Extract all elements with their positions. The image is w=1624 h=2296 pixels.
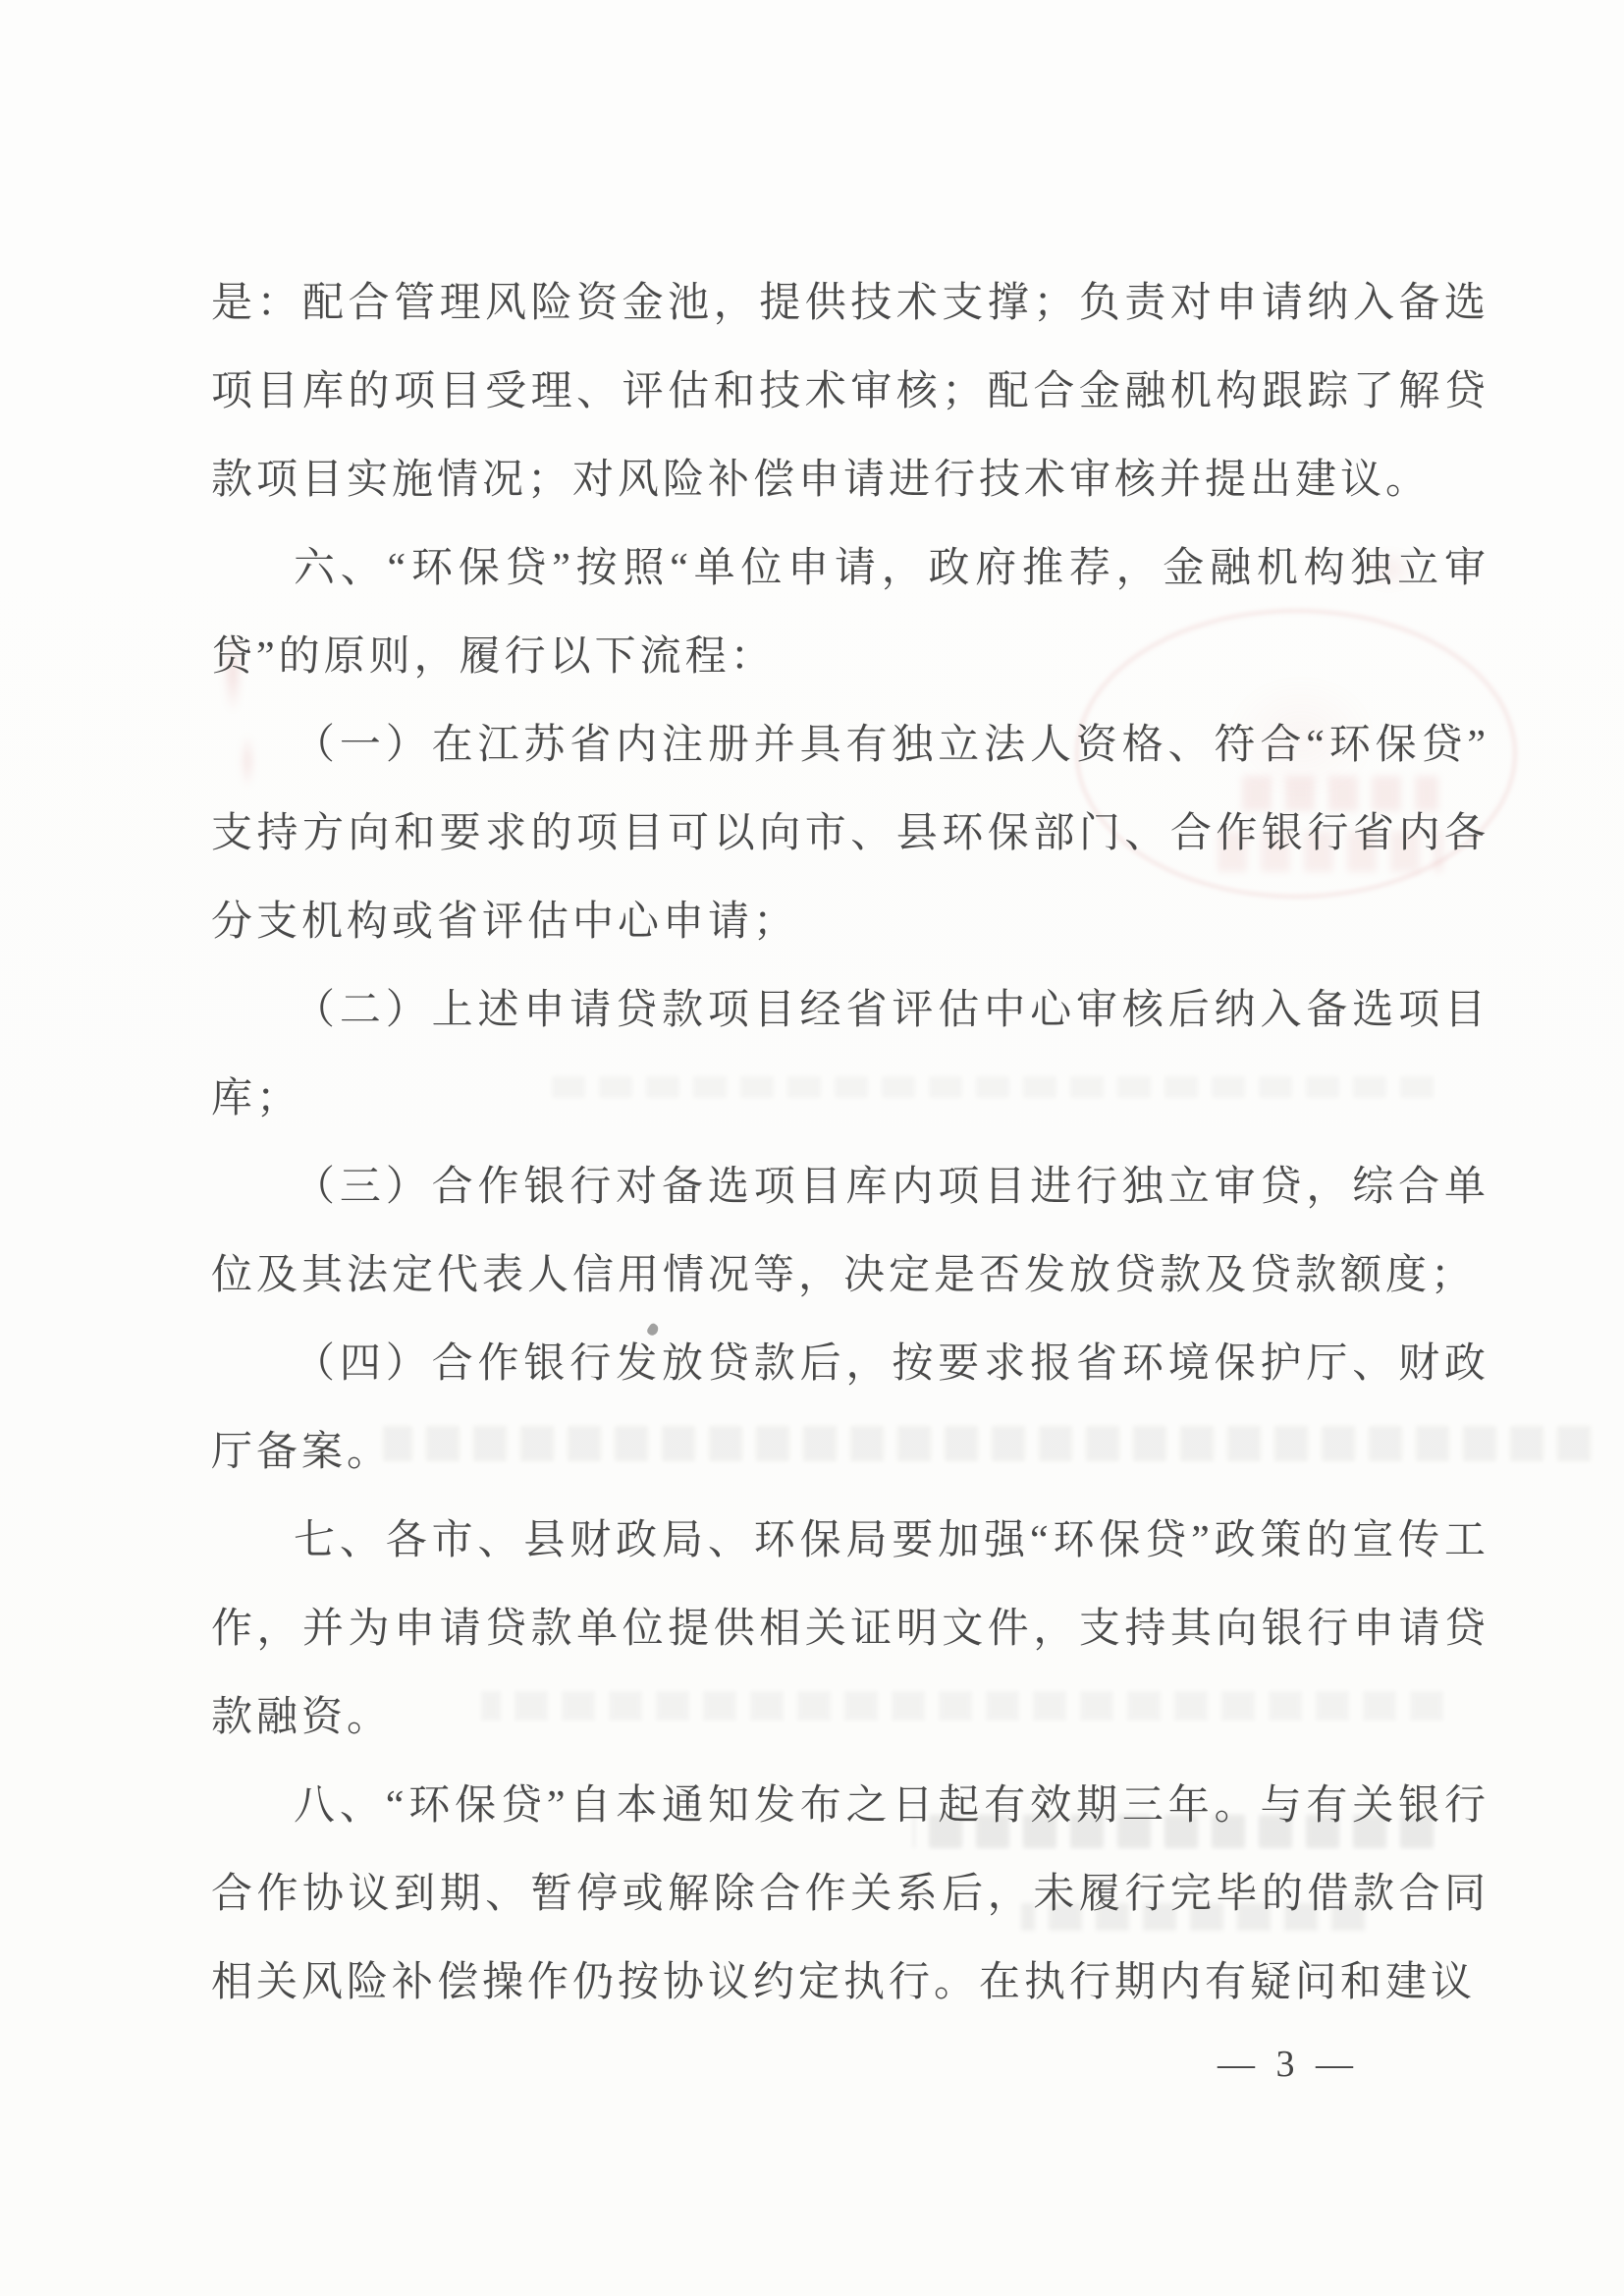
scanned-document-page: 是：配合管理风险资金池，提供技术支撑；负责对申请纳入备选项目库的项目受理、评估和…: [0, 0, 1624, 2296]
paragraph-step-1: （一）在江苏省内注册并具有独立法人资格、符合“环保贷”支持方向和要求的项目可以向…: [211, 701, 1489, 966]
paragraph-step-2: （二）上述申请贷款项目经省评估中心审核后纳入备选项目库；: [211, 966, 1489, 1143]
paragraph-item-6: 六、“环保贷”按照“单位申请，政府推荐，金融机构独立审贷”的原则，履行以下流程：: [211, 524, 1489, 701]
paragraph-step-4: （四）合作银行发放贷款后，按要求报省环境保护厅、财政厅备案。: [211, 1320, 1489, 1497]
paragraph-step-3: （三）合作银行对备选项目库内项目进行独立审贷，综合单位及其法定代表人信用情况等，…: [211, 1143, 1489, 1320]
paragraph-item-7: 七、各市、县财政局、环保局要加强“环保贷”政策的宣传工作，并为申请贷款单位提供相…: [211, 1497, 1489, 1762]
page-number: — 3 —: [1218, 2043, 1359, 2086]
paragraph-continuation: 是：配合管理风险资金池，提供技术支撑；负责对申请纳入备选项目库的项目受理、评估和…: [211, 259, 1489, 524]
document-body: 是：配合管理风险资金池，提供技术支撑；负责对申请纳入备选项目库的项目受理、评估和…: [211, 259, 1489, 2027]
paragraph-item-8: 八、“环保贷”自本通知发布之日起有效期三年。与有关银行合作协议到期、暂停或解除合…: [211, 1762, 1489, 2027]
